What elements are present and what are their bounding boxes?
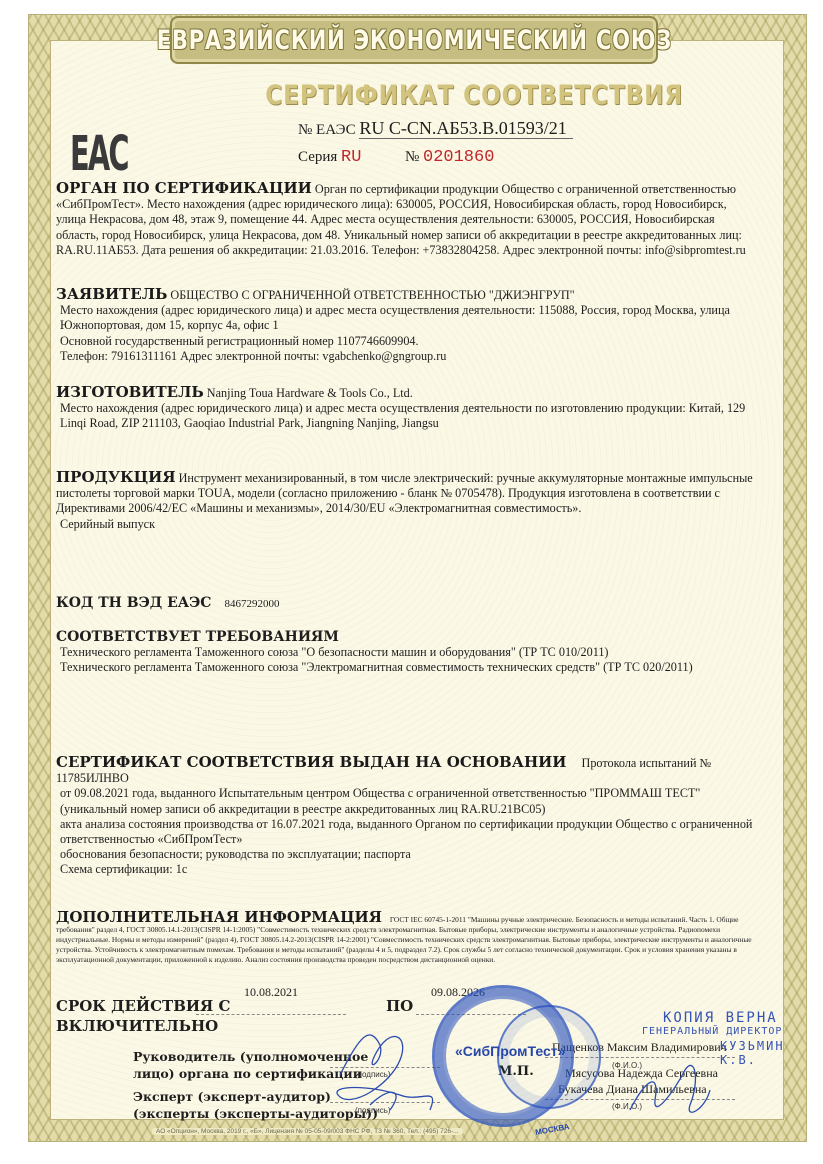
number-label: № ЕАЭС bbox=[298, 122, 356, 138]
copy-certified-stamp: КОПИЯ ВЕРНА bbox=[663, 1010, 778, 1026]
company-seal-stamp bbox=[497, 1005, 601, 1109]
applicant-name: ОБЩЕСТВО С ОГРАНИЧЕННОЙ ОТВЕТСТВЕННОСТЬЮ… bbox=[170, 288, 574, 302]
signature-mark bbox=[625, 1050, 715, 1125]
additional-section: ДОПОЛНИТЕЛЬНАЯ ИНФОРМАЦИЯ ГОСТ IEC 60745… bbox=[56, 912, 756, 965]
union-title: ЕВРАЗИЙСКИЙ ЭКОНОМИЧЕСКИЙ СОЮЗ bbox=[156, 25, 671, 56]
basis-heading: СЕРТИФИКАТ СООТВЕТСТВИЯ ВЫДАН НА ОСНОВАН… bbox=[56, 753, 566, 771]
applicant-heading: ЗАЯВИТЕЛЬ bbox=[56, 285, 167, 303]
product-release: Серийный выпуск bbox=[56, 517, 756, 532]
certification-body-section: ОРГАН ПО СЕРТИФИКАЦИИ Орган по сертифика… bbox=[56, 181, 756, 258]
manufacturer-section: ИЗГОТОВИТЕЛЬ Nanjing Toua Hardware & Too… bbox=[56, 385, 756, 432]
copy-stamp-position: ГЕНЕРАЛЬНЫЙ ДИРЕКТОР bbox=[642, 1026, 782, 1037]
applicant-ogrn: Основной государственный регистрационный… bbox=[56, 334, 756, 349]
requirements-heading: СООТВЕТСТВУЕТ ТРЕБОВАНИЯМ bbox=[56, 630, 756, 645]
serial-label: № bbox=[405, 149, 419, 165]
validity-inclusive-label: ВКЛЮЧИТЕЛЬНО bbox=[56, 1017, 218, 1035]
number-value: RU C-CN.АБ53.В.01593/21 bbox=[359, 118, 572, 139]
printer-imprint: АО «Опцион», Москва, 2019 г., «Б», Лицен… bbox=[152, 1128, 463, 1135]
validity-from-date: 10.08.2021 bbox=[244, 985, 298, 1000]
copy-stamp-name: КУЗЬМИН К.В. bbox=[720, 1039, 823, 1067]
basis-line: Схема сертификации: 1с bbox=[56, 862, 756, 877]
series-value: RU bbox=[341, 148, 361, 167]
series-label: Серия bbox=[298, 149, 337, 165]
validity-from-line bbox=[196, 1013, 346, 1015]
manufacturer-heading: ИЗГОТОВИТЕЛЬ bbox=[56, 383, 204, 401]
hs-code-heading: КОД ТН ВЭД ЕАЭС bbox=[56, 595, 211, 611]
serial-value: 0201860 bbox=[423, 148, 494, 167]
product-heading: ПРОДУКЦИЯ bbox=[56, 468, 176, 486]
hs-code-value: 8467292000 bbox=[224, 598, 279, 610]
hs-code-section: КОД ТН ВЭД ЕАЭС 8467292000 bbox=[56, 596, 756, 612]
basis-section: СЕРТИФИКАТ СООТВЕТСТВИЯ ВЫДАН НА ОСНОВАН… bbox=[56, 755, 756, 878]
basis-line: от 09.08.2021 года, выданного Испытатель… bbox=[56, 786, 756, 816]
product-section: ПРОДУКЦИЯ Инструмент механизированный, в… bbox=[56, 470, 756, 532]
document-title: СЕРТИФИКАТ СООТВЕТСТВИЯ bbox=[265, 80, 575, 111]
manufacturer-address: Место нахождения (адрес юридического лиц… bbox=[56, 401, 756, 431]
certificate-number: № ЕАЭС RU C-CN.АБ53.В.01593/21 bbox=[298, 118, 573, 139]
applicant-section: ЗАЯВИТЕЛЬ ОБЩЕСТВО С ОГРАНИЧЕННОЙ ОТВЕТС… bbox=[56, 287, 756, 364]
requirements-section: СООТВЕТСТВУЕТ ТРЕБОВАНИЯМ Технического р… bbox=[56, 630, 756, 676]
certification-body-heading: ОРГАН ПО СЕРТИФИКАЦИИ bbox=[56, 179, 312, 197]
eac-logo: ЕАС bbox=[70, 125, 101, 183]
requirement-item: Технического регламента Таможенного союз… bbox=[56, 660, 756, 675]
basis-line: акта анализа состояния производства от 1… bbox=[56, 817, 756, 847]
requirement-item: Технического регламента Таможенного союз… bbox=[56, 645, 756, 660]
applicant-address: Место нахождения (адрес юридического лиц… bbox=[56, 303, 756, 333]
basis-line: обоснования безопасности; руководства по… bbox=[56, 847, 756, 862]
signature-mark bbox=[330, 1015, 450, 1125]
additional-heading: ДОПОЛНИТЕЛЬНАЯ ИНФОРМАЦИЯ bbox=[56, 908, 382, 926]
union-banner: ЕВРАЗИЙСКИЙ ЭКОНОМИЧЕСКИЙ СОЮЗ bbox=[170, 16, 658, 64]
series-line: Серия RU № 0201860 bbox=[298, 148, 494, 167]
manufacturer-name: Nanjing Toua Hardware & Tools Co., Ltd. bbox=[207, 386, 413, 400]
applicant-contacts: Телефон: 79161311161 Адрес электронной п… bbox=[56, 349, 756, 364]
validity-to-label: ПО bbox=[386, 997, 413, 1015]
